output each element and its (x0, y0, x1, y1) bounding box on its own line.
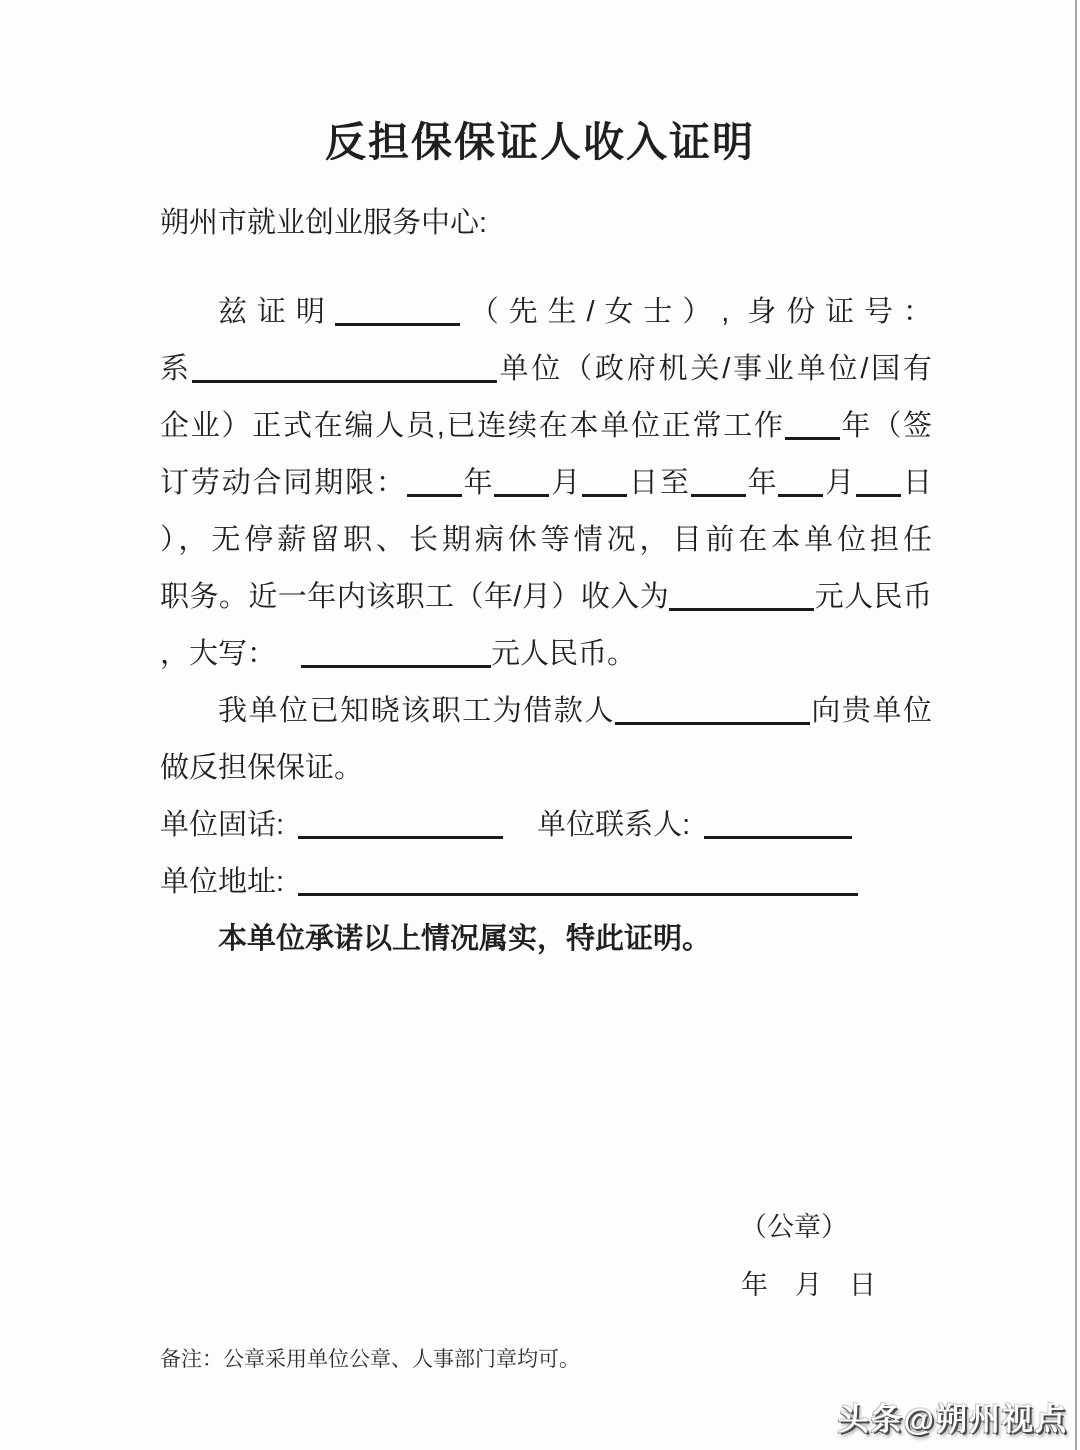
text-segment: 年 (746, 467, 779, 499)
blank-underline-field (856, 465, 901, 497)
gap-spacer (690, 833, 704, 834)
line-contract-dates: 订劳动合同期限：年月日至年月日 (160, 455, 932, 512)
blank-underline-field (785, 408, 840, 440)
text-segment: 单位联系人: (537, 809, 690, 841)
text-segment: 订劳动合同期限： (160, 467, 407, 499)
blank-underline-field (615, 693, 810, 725)
line-staff-years: 企业）正式在编人员,已连续在本单位正常工作年（签 (160, 398, 932, 455)
text-segment: 本单位承诺以上情况属实，特此证明。 (218, 923, 711, 955)
text-segment: 月 (549, 467, 582, 499)
blank-underline-field (778, 465, 823, 497)
gap-spacer (503, 833, 537, 834)
line-employment-status: ），无停薪留职、长期病休等情况，目前在本单位担任 (160, 512, 932, 569)
document-body-lines: 兹证明（先生/女士）, 身份证号：系单位（政府机关/事业单位/国有企业）正式在编… (160, 284, 932, 968)
text-segment: 日 (901, 467, 932, 499)
document-page: 反担保保证人收入证明 朔州市就业创业服务中心: 兹证明（先生/女士）, 身份证号… (0, 0, 1080, 1450)
gap-spacer (284, 890, 298, 891)
document-title: 反担保保证人收入证明 (0, 118, 1080, 166)
line-promise: 本单位承诺以上情况属实，特此证明。 (160, 911, 932, 968)
blank-underline-field (582, 465, 627, 497)
line-address: 单位地址: (160, 854, 932, 911)
line-certify-name: 兹证明（先生/女士）, 身份证号： (160, 284, 932, 341)
line-borrower: 我单位已知晓该职工为借款人向贵单位 (160, 683, 932, 740)
blank-underline-field (407, 465, 462, 497)
text-segment: 向贵单位 (810, 695, 932, 727)
text-segment: 元人民币 (814, 581, 932, 613)
line-income-amount: 职务。近一年内该职工（年/月）收入为元人民币 (160, 569, 932, 626)
text-segment: 单位固话: (160, 809, 284, 841)
text-segment: 单位地址: (160, 866, 284, 898)
text-segment: 元人民币。 (491, 638, 636, 670)
footnote: 备注：公章采用单位公章、人事部门章均可。 (160, 1347, 580, 1373)
blank-underline-field (298, 807, 503, 839)
line-phone-contact: 单位固话:单位联系人: (160, 797, 932, 854)
gap-spacer (284, 833, 298, 834)
blank-underline-field (335, 294, 460, 326)
blank-underline-field (192, 351, 497, 383)
text-segment: ），无停薪留职、长期病休等情况，目前在本单位担任 (160, 524, 932, 556)
text-segment: 单位（政府机关/事业单位/国有 (497, 353, 932, 385)
blank-underline-field (301, 636, 491, 668)
text-segment: 兹证明 (218, 296, 335, 328)
text-segment: 月 (823, 467, 856, 499)
blank-underline-field (669, 579, 814, 611)
text-segment: 企业）正式在编人员,已连续在本单位正常工作 (160, 410, 785, 442)
text-segment: 做反担保保证。 (160, 752, 363, 784)
text-segment: 系 (160, 353, 192, 385)
blank-underline-field (494, 465, 549, 497)
text-segment: （先生/女士）, 身份证号： (460, 296, 932, 328)
line-income-words: ，大写：元人民币。 (160, 626, 932, 683)
text-segment: 我单位已知晓该职工为借款人 (218, 695, 615, 727)
text-segment: 职务。近一年内该职工（年/月）收入为 (160, 581, 669, 613)
line-guarantee: 做反担保保证。 (160, 740, 932, 797)
salutation-line: 朔州市就业创业服务中心: (160, 205, 487, 241)
line-work-unit: 系单位（政府机关/事业单位/国有 (160, 341, 932, 398)
date-line: 年 月 日 (0, 1268, 1080, 1302)
watermark-toutiao: 头条@朔州视点 (838, 1394, 1068, 1439)
blank-underline-field (298, 864, 858, 896)
text-segment: 年（签 (840, 410, 932, 442)
scan-edge-artifact (1075, 0, 1077, 1450)
text-segment: 年 (462, 467, 495, 499)
blank-underline-field (691, 465, 746, 497)
gap-spacer (276, 662, 301, 663)
text-segment: ，大写： (160, 638, 276, 670)
text-segment: 日至 (627, 467, 691, 499)
blank-underline-field (704, 807, 852, 839)
seal-placeholder: （公章） (0, 1210, 1080, 1244)
